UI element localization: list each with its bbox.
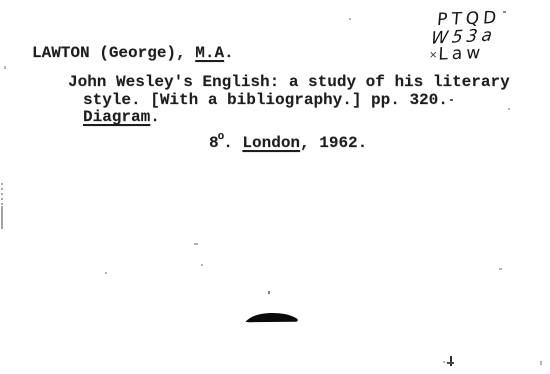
title-line-2: style. [With a bibliography.] pp. 320. — [83, 92, 448, 108]
author-name: LAWTON (George), — [32, 44, 195, 62]
pen-cross-mark — [447, 356, 457, 368]
imprint-line: 8o. London, 1962. — [209, 135, 367, 151]
imprint-place: London — [242, 134, 300, 152]
scan-speck — [4, 66, 6, 69]
scan-speck — [503, 11, 506, 13]
scan-edge-dashes — [1, 183, 3, 205]
scan-speck — [105, 272, 107, 274]
shelfmark-x-mark: × — [429, 50, 438, 61]
imprint-separator: . — [223, 134, 242, 152]
scan-speck — [508, 108, 510, 110]
catalog-card: PTQD W53a ×Law LAWTON (George), M.A. Joh… — [0, 0, 550, 374]
title-line-3: Diagram. — [83, 109, 160, 125]
author-degree: M.A — [195, 44, 224, 62]
author-heading-period: . — [224, 44, 234, 62]
scan-speck — [349, 18, 351, 20]
title-diagram-word: Diagram — [83, 108, 150, 126]
scan-speck — [450, 99, 453, 101]
title-line-1: John Wesley's English: a study of his li… — [68, 74, 510, 90]
pen-cross-vertical — [450, 356, 452, 366]
ink-smudge — [244, 311, 302, 324]
pen-cross-dot — [443, 361, 445, 363]
pen-cross-horizontal — [447, 362, 454, 364]
title-line-3-period: . — [150, 108, 160, 126]
imprint-ordinal: o — [218, 131, 225, 143]
imprint-date: , 1962. — [300, 134, 367, 152]
scan-edge-line — [1, 206, 3, 229]
scan-speck — [201, 264, 203, 266]
shelfmark-line-3-text: Law — [438, 43, 485, 65]
author-heading: LAWTON (George), M.A. — [32, 45, 234, 61]
scan-speck — [194, 243, 198, 245]
scan-speck — [499, 268, 502, 270]
scan-speck — [540, 361, 542, 365]
scan-speck — [268, 291, 270, 294]
shelfmark-line-3: ×Law — [429, 45, 485, 64]
